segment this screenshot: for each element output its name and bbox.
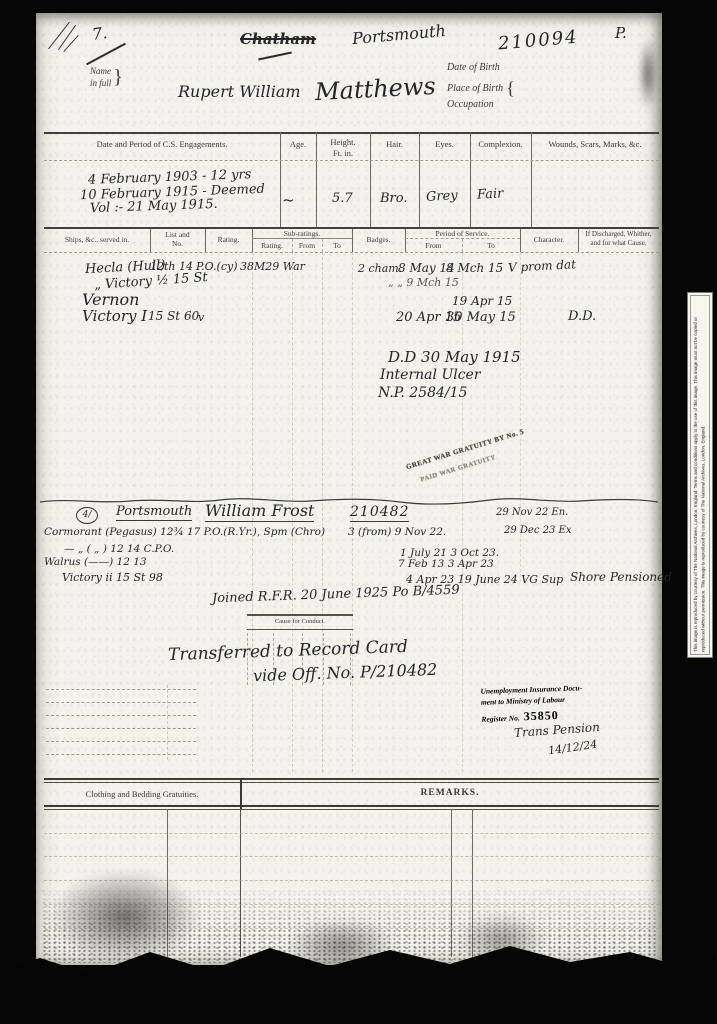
name-surname: Matthews — [314, 72, 436, 106]
remarks-header: REMARKS. — [241, 788, 659, 798]
table-rule — [44, 809, 659, 810]
column-divider — [322, 239, 323, 252]
ledger-rule — [46, 741, 196, 742]
column-divider — [322, 252, 323, 772]
col-header-eyes: Eyes. — [419, 139, 470, 149]
name-handwritten: Rupert William Matthews — [178, 75, 435, 103]
second-row5-left: Victory ii 15 St 98 — [62, 571, 163, 584]
table-rule — [44, 880, 659, 881]
archive-licence-text: This image is reproduced by courtesy of … — [690, 295, 710, 655]
pob-label: Place of Birth — [447, 83, 503, 94]
col-header-discharged-1: If Discharged, Whither, — [578, 230, 659, 239]
corner-mark: 7. — [91, 23, 109, 44]
col-header-badges: Badges. — [352, 235, 405, 244]
discharge-note-line2: Internal Ulcer — [380, 367, 481, 383]
circled-mark: 4/ — [76, 507, 98, 524]
name-label-line2: in full — [90, 78, 111, 89]
clothing-gratuities-header: Clothing and Bedding Gratuities. — [44, 789, 240, 799]
col-header-complexion: Complexion. — [470, 139, 531, 149]
col-header-list-2: No. — [150, 239, 205, 248]
table-rule — [252, 238, 352, 239]
col-header-sub-to: To — [322, 241, 352, 250]
war-gratuity-stamp: GREAT WAR GRATUITY BY No. 5 PAID WAR GRA… — [405, 428, 530, 487]
col-header-height-2: Ft. in. — [316, 148, 370, 159]
scan-noise-band — [42, 885, 656, 963]
second-row3-left: — „ ( „ ) 12 14 C.P.O. — [64, 543, 174, 555]
column-divider — [292, 239, 293, 252]
col-header-list: List and No. — [150, 230, 205, 248]
unemployment-stamp: Unemployment Insurance Docu- ment to Min… — [480, 683, 583, 727]
table-rule — [44, 833, 659, 834]
column-divider — [472, 809, 473, 957]
pen-flourish — [258, 51, 292, 60]
table-rule — [44, 782, 659, 783]
name-label-line1: Name — [90, 66, 111, 77]
col-header-hair: Hair. — [370, 139, 419, 149]
archive-licence-strip: This image is reproduced by courtesy of … — [687, 292, 713, 658]
ship-period-to: 8 Mch 15 — [446, 261, 503, 275]
occupation-label: Occupation — [447, 99, 494, 110]
table-rule — [44, 160, 659, 161]
ship-name: Victory I — [82, 307, 147, 325]
brace-glyph: } — [113, 66, 123, 89]
col-header-discharged-2: and for what Cause. — [578, 239, 659, 248]
depot-struck: Chatham — [240, 30, 316, 48]
brace-glyph: { — [506, 78, 515, 99]
pob-label-row: Place of Birth { — [447, 78, 515, 99]
scan-artifact — [640, 37, 656, 111]
col-header-discharged: If Discharged, Whither, and for what Cau… — [578, 230, 659, 248]
col-header-list-1: List and — [150, 230, 205, 239]
scanned-record-viewer: 7. Chatham Portsmouth 210094 P. Name in … — [0, 0, 717, 1024]
col-header-rating: Rating. — [205, 235, 252, 244]
col-header-subratings: Sub-ratings. — [252, 229, 352, 238]
conduct-box-label: Cause for Conduct. — [247, 618, 353, 625]
hair-value: Bro. — [380, 191, 408, 206]
column-divider — [462, 252, 463, 772]
col-header-sub-from: From — [292, 241, 322, 250]
discharge-note-line3: N.P. 2584/15 — [378, 385, 467, 401]
pen-flourish — [86, 43, 126, 65]
second-row2-mid: 3 (from) 9 Nov 22. — [348, 526, 446, 538]
name-label: Name in full } — [90, 66, 123, 89]
second-depot: Portsmouth — [116, 504, 192, 521]
depot-current: Portsmouth — [351, 21, 446, 48]
dob-label: Date of Birth — [447, 62, 500, 73]
col-header-engagements: Date and Period of C.S. Engagements. — [44, 139, 280, 149]
register-number: 35850 — [523, 708, 558, 723]
ledger-rule — [46, 689, 196, 690]
ship-character: D.D. — [568, 309, 596, 324]
complexion-value: Fair — [477, 186, 504, 202]
col-header-height-1: Height. — [316, 137, 370, 148]
second-row6: Joined R.F.R. 20 June 1925 Po B/4559 — [212, 583, 460, 607]
table-rule — [247, 629, 353, 630]
ship-list-no: 15 St 60 — [148, 309, 199, 323]
official-number: 210094 — [497, 27, 579, 55]
port-division-letter: P. — [615, 24, 627, 42]
col-header-period-from: From — [405, 241, 462, 250]
height-value: 5.7 — [332, 191, 353, 206]
ship-badges: 2 cham. — [358, 262, 402, 275]
engagement-entry-3: Vol :- 21 May 1915. — [90, 197, 218, 216]
second-row4-left: Walrus (——) 12 13 — [44, 556, 147, 568]
col-header-age: Age. — [280, 139, 316, 149]
ledger-rule — [46, 754, 196, 755]
second-row4-mid: 7 Feb 13 3 Apr 23 — [398, 558, 494, 570]
column-divider — [462, 239, 463, 252]
table-rule — [44, 132, 659, 134]
eyes-value: Grey — [426, 188, 458, 205]
ship-period-to: 30 May 15 — [446, 310, 516, 325]
age-value: ~ — [282, 191, 295, 209]
col-header-ships: Ships, &c., served in. — [44, 235, 150, 244]
pension-note-line2: 14/12/24 — [547, 738, 598, 758]
discharge-note-line1: D.D 30 May 1915 — [388, 348, 521, 366]
table-rule — [44, 928, 659, 929]
transfer-note-line1: Transferred to Record Card — [168, 637, 408, 665]
ship-discharged: V prom dat — [508, 257, 577, 275]
col-header-sub-rating: Rating. — [252, 241, 292, 250]
column-divider — [240, 809, 241, 957]
col-header-period-to: To — [462, 241, 520, 250]
register-label: Register No. — [481, 713, 520, 723]
ledger-rule — [46, 728, 196, 729]
column-divider — [167, 685, 168, 760]
table-rule — [44, 856, 659, 857]
column-divider — [240, 778, 242, 809]
record-page: 7. Chatham Portsmouth 210094 P. Name in … — [36, 13, 662, 965]
table-rule — [44, 904, 659, 905]
second-row5-right: Shore Pensioned — [570, 570, 672, 584]
ledger-rule — [46, 715, 196, 716]
transfer-note-line2: vide Off. No. P/210482 — [253, 660, 438, 685]
second-number: 210482 — [350, 504, 409, 522]
table-rule — [44, 778, 659, 780]
col-header-height: Height. Ft. in. — [316, 137, 370, 159]
col-header-character: Character. — [520, 235, 578, 244]
table-rule — [44, 805, 659, 807]
ship-period-to: 19 Apr 15 — [452, 294, 512, 308]
ship-sub-rating: 38M29 War — [240, 260, 305, 273]
ledger-rule — [46, 702, 196, 703]
second-right-note-2: 29 Dec 23 Ex — [504, 525, 571, 536]
column-divider — [167, 809, 168, 957]
table-rule — [247, 614, 353, 616]
second-row2-left: Cormorant (Pegasus) 12¾ 17 P.O.(R.Yr.), … — [44, 526, 325, 538]
ship-rating: v — [198, 311, 204, 324]
ship-period-note: „ „ 9 Mch 15 — [388, 276, 459, 289]
second-right-note-1: 29 Nov 22 En. — [496, 507, 568, 518]
second-name: William Frost — [205, 501, 314, 522]
col-header-period: Period of Service. — [405, 229, 520, 238]
col-header-wounds: Wounds, Scars, Marks, &c. — [531, 139, 659, 149]
column-divider — [451, 809, 452, 957]
name-first: Rupert William — [178, 82, 301, 101]
scan-artifact — [50, 869, 200, 964]
